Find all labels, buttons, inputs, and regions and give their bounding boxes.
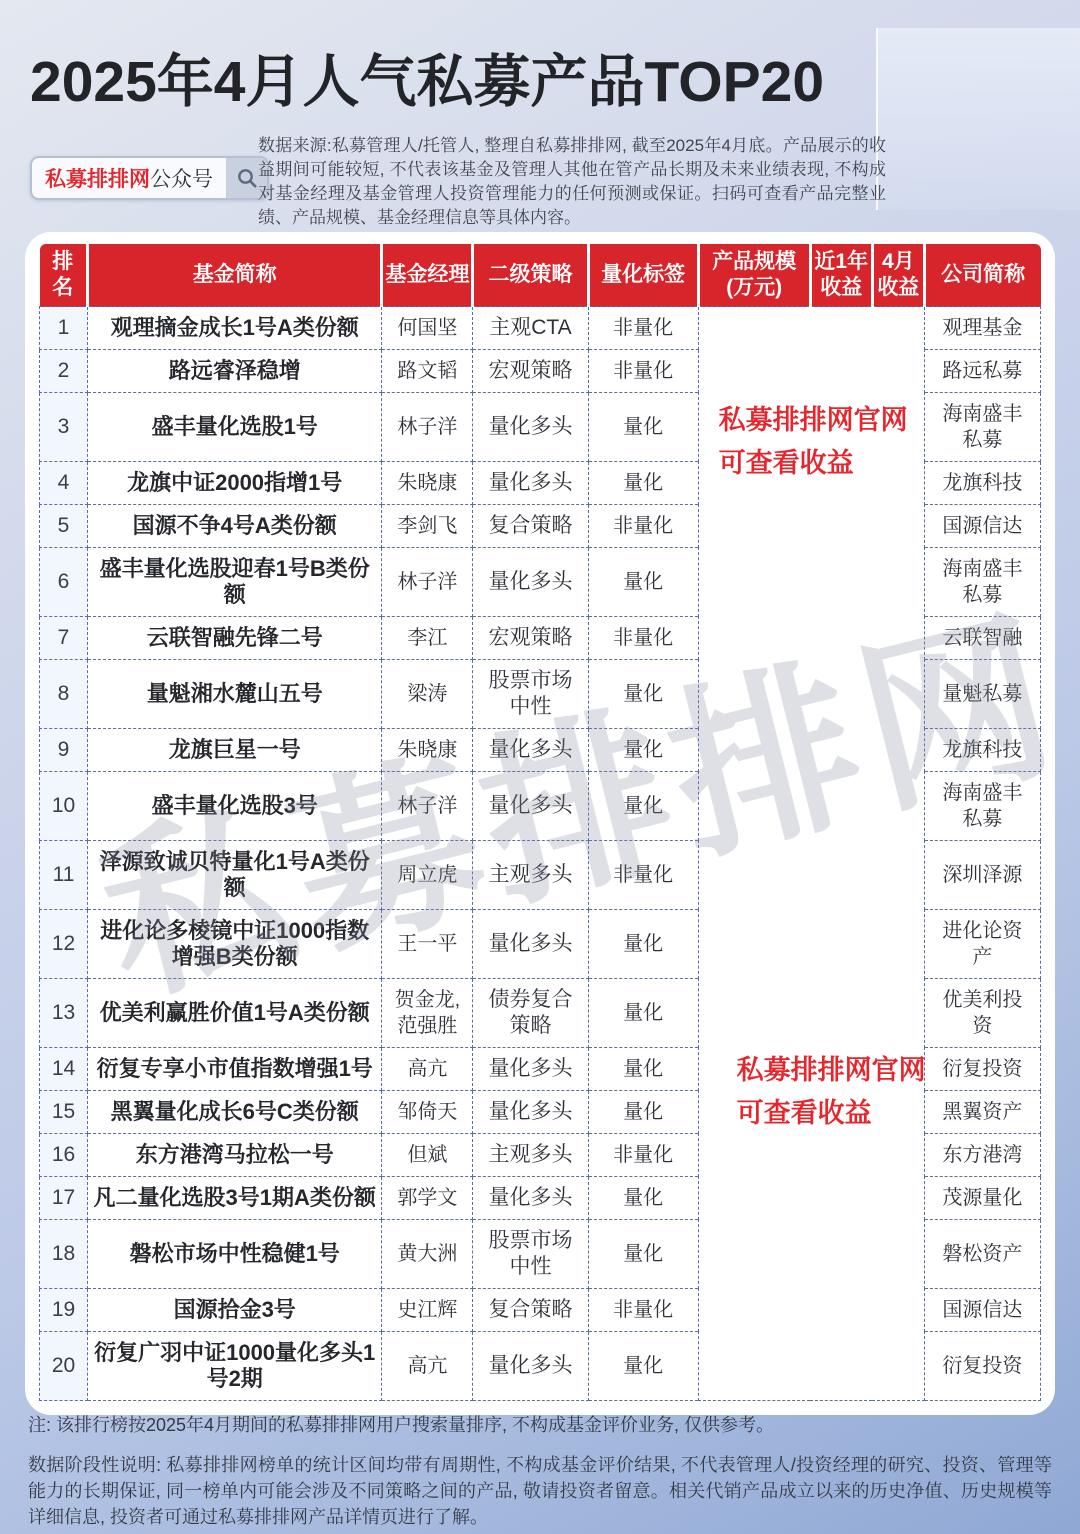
page-title: 2025年4月人气私募产品TOP20 bbox=[30, 36, 824, 118]
strategy-cell: 量化多头 bbox=[473, 548, 588, 617]
manager-cell: 周立虎 bbox=[382, 841, 473, 910]
strategy-cell: 股票市场中性 bbox=[473, 1220, 588, 1289]
quant-label-cell: 量化 bbox=[588, 1177, 698, 1220]
header-company: 公司简称 bbox=[924, 244, 1040, 307]
rank-cell: 11 bbox=[40, 841, 88, 910]
company-cell: 东方港湾 bbox=[924, 1134, 1040, 1177]
fund-name-cell: 云联智融先锋二号 bbox=[88, 617, 382, 660]
rank-cell: 1 bbox=[40, 307, 88, 350]
badge-brand-text: 私募排排网 bbox=[45, 163, 150, 193]
company-cell: 观理基金 bbox=[924, 307, 1040, 350]
strategy-cell: 量化多头 bbox=[473, 462, 588, 505]
manager-cell: 黄大洲 bbox=[382, 1220, 473, 1289]
company-cell: 茂源量化 bbox=[924, 1177, 1040, 1220]
strategy-cell: 主观多头 bbox=[473, 841, 588, 910]
rank-cell: 2 bbox=[40, 350, 88, 393]
manager-cell: 邹倚天 bbox=[382, 1091, 473, 1134]
strategy-cell: 量化多头 bbox=[473, 772, 588, 841]
company-cell: 优美利投资 bbox=[924, 979, 1040, 1048]
manager-cell: 朱晓康 bbox=[382, 462, 473, 505]
promo-line1: 私募排排网官网 bbox=[719, 399, 908, 442]
promo-line2: 可查看收益 bbox=[737, 1092, 926, 1135]
header-quant-label: 量化标签 bbox=[588, 244, 698, 307]
rank-cell: 13 bbox=[40, 979, 88, 1048]
header-strategy: 二级策略 bbox=[473, 244, 588, 307]
strategy-cell: 量化多头 bbox=[473, 1177, 588, 1220]
strategy-cell: 量化多头 bbox=[473, 393, 588, 462]
quant-label-cell: 量化 bbox=[588, 910, 698, 979]
header-fund-name: 基金简称 bbox=[88, 244, 382, 307]
fund-name-cell: 量魁湘水麓山五号 bbox=[88, 660, 382, 729]
manager-cell: 王一平 bbox=[382, 910, 473, 979]
manager-cell: 高亢 bbox=[382, 1048, 473, 1091]
header-scale: 产品规模 (万元) bbox=[698, 244, 810, 307]
manager-cell: 贺金龙,范强胜 bbox=[382, 979, 473, 1048]
fund-name-cell: 盛丰量化选股迎春1号B类份额 bbox=[88, 548, 382, 617]
company-cell: 海南盛丰私募 bbox=[924, 393, 1040, 462]
rank-cell: 6 bbox=[40, 548, 88, 617]
company-cell: 龙旗科技 bbox=[924, 462, 1040, 505]
company-cell: 衍复投资 bbox=[924, 1048, 1040, 1091]
manager-cell: 朱晓康 bbox=[382, 729, 473, 772]
strategy-cell: 宏观策略 bbox=[473, 350, 588, 393]
poster-page: { "page": { "title": "2025年4月人气私募产品TOP20… bbox=[0, 0, 1080, 1534]
promo-line2: 可查看收益 bbox=[719, 442, 908, 485]
manager-cell: 史江辉 bbox=[382, 1289, 473, 1332]
strategy-cell: 主观多头 bbox=[473, 1134, 588, 1177]
strategy-cell: 量化多头 bbox=[473, 1048, 588, 1091]
manager-cell: 但斌 bbox=[382, 1134, 473, 1177]
strategy-cell: 债券复合策略 bbox=[473, 979, 588, 1048]
rank-cell: 19 bbox=[40, 1289, 88, 1332]
quant-label-cell: 量化 bbox=[588, 1332, 698, 1401]
company-cell: 量魁私募 bbox=[924, 660, 1040, 729]
rank-cell: 14 bbox=[40, 1048, 88, 1091]
fund-name-cell: 龙旗中证2000指增1号 bbox=[88, 462, 382, 505]
company-cell: 国源信达 bbox=[924, 1289, 1040, 1332]
manager-cell: 林子洋 bbox=[382, 393, 473, 462]
header-1y-return: 近1年 收益 bbox=[810, 244, 872, 307]
manager-cell: 高亢 bbox=[382, 1332, 473, 1401]
table-row: 1观理摘金成长1号A类份额何国坚主观CTA非量化私募排排网官网可查看收益私募排排… bbox=[40, 307, 1041, 350]
header-rank: 排 名 bbox=[40, 244, 88, 307]
rank-cell: 3 bbox=[40, 393, 88, 462]
strategy-cell: 主观CTA bbox=[473, 307, 588, 350]
fund-name-cell: 衍复专享小市值指数增强1号 bbox=[88, 1048, 382, 1091]
ranking-table: 排 名基金简称基金经理二级策略量化标签产品规模 (万元)近1年 收益4月 收益公… bbox=[39, 244, 1041, 1401]
fund-name-cell: 国源拾金3号 bbox=[88, 1289, 382, 1332]
promo-line1: 私募排排网官网 bbox=[737, 1049, 926, 1092]
rank-cell: 17 bbox=[40, 1177, 88, 1220]
fund-name-cell: 磐松市场中性稳健1号 bbox=[88, 1220, 382, 1289]
intro-row: 私募排排网公众号 数据来源:私募管理人/托管人, 整理自私募排排网, 截至202… bbox=[0, 128, 1080, 224]
company-cell: 国源信达 bbox=[924, 505, 1040, 548]
rank-cell: 7 bbox=[40, 617, 88, 660]
rank-cell: 9 bbox=[40, 729, 88, 772]
quant-label-cell: 量化 bbox=[588, 1091, 698, 1134]
scale-returns-merged-cell: 私募排排网官网可查看收益私募排排网官网可查看收益 bbox=[698, 307, 924, 1401]
quant-label-cell: 量化 bbox=[588, 462, 698, 505]
rank-cell: 15 bbox=[40, 1091, 88, 1134]
strategy-cell: 复合策略 bbox=[473, 1289, 588, 1332]
note-ranking-basis: 注: 该排行榜按2025年4月期间的私募排排网用户搜索量排序, 不构成基金评价业… bbox=[28, 1412, 1052, 1438]
fund-name-cell: 进化论多棱镜中证1000指数增强B类份额 bbox=[88, 910, 382, 979]
header-apr-return: 4月 收益 bbox=[872, 244, 924, 307]
quant-label-cell: 量化 bbox=[588, 548, 698, 617]
manager-cell: 路文韬 bbox=[382, 350, 473, 393]
rank-cell: 20 bbox=[40, 1332, 88, 1401]
manager-cell: 林子洋 bbox=[382, 772, 473, 841]
quant-label-cell: 量化 bbox=[588, 729, 698, 772]
table-header-row: 排 名基金简称基金经理二级策略量化标签产品规模 (万元)近1年 收益4月 收益公… bbox=[40, 244, 1041, 307]
strategy-cell: 量化多头 bbox=[473, 910, 588, 979]
fund-name-cell: 盛丰量化选股1号 bbox=[88, 393, 382, 462]
fund-name-cell: 路远睿泽稳增 bbox=[88, 350, 382, 393]
company-cell: 进化论资产 bbox=[924, 910, 1040, 979]
fund-name-cell: 国源不争4号A类份额 bbox=[88, 505, 382, 548]
strategy-cell: 量化多头 bbox=[473, 729, 588, 772]
badge-suffix-text: 公众号 bbox=[150, 163, 213, 193]
wechat-account-search-badge[interactable]: 私募排排网公众号 bbox=[30, 156, 269, 200]
rank-cell: 5 bbox=[40, 505, 88, 548]
company-cell: 黑翼资产 bbox=[924, 1091, 1040, 1134]
company-cell: 磐松资产 bbox=[924, 1220, 1040, 1289]
strategy-cell: 量化多头 bbox=[473, 1091, 588, 1134]
quant-label-cell: 量化 bbox=[588, 393, 698, 462]
company-cell: 海南盛丰私募 bbox=[924, 772, 1040, 841]
quant-label-cell: 量化 bbox=[588, 772, 698, 841]
note-data-period: 数据阶段性说明: 私募排排网榜单的统计区间均带有周期性, 不构成基金评价结果, … bbox=[28, 1452, 1052, 1530]
strategy-cell: 复合策略 bbox=[473, 505, 588, 548]
strategy-cell: 宏观策略 bbox=[473, 617, 588, 660]
fund-name-cell: 东方港湾马拉松一号 bbox=[88, 1134, 382, 1177]
manager-cell: 郭学文 bbox=[382, 1177, 473, 1220]
fund-name-cell: 衍复广羽中证1000量化多头1号2期 bbox=[88, 1332, 382, 1401]
quant-label-cell: 非量化 bbox=[588, 1134, 698, 1177]
promo-overlay-bottom: 私募排排网官网可查看收益 bbox=[737, 1049, 926, 1135]
strategy-cell: 股票市场中性 bbox=[473, 660, 588, 729]
quant-label-cell: 非量化 bbox=[588, 617, 698, 660]
company-cell: 海南盛丰私募 bbox=[924, 548, 1040, 617]
manager-cell: 李剑飞 bbox=[382, 505, 473, 548]
disclaimer-text: 数据来源:私募管理人/托管人, 整理自私募排排网, 截至2025年4月底。产品展… bbox=[258, 134, 886, 230]
rank-cell: 18 bbox=[40, 1220, 88, 1289]
company-cell: 龙旗科技 bbox=[924, 729, 1040, 772]
quant-label-cell: 非量化 bbox=[588, 1289, 698, 1332]
rank-cell: 16 bbox=[40, 1134, 88, 1177]
fund-name-cell: 凡二量化选股3号1期A类份额 bbox=[88, 1177, 382, 1220]
fund-name-cell: 观理摘金成长1号A类份额 bbox=[88, 307, 382, 350]
quant-label-cell: 非量化 bbox=[588, 350, 698, 393]
strategy-cell: 量化多头 bbox=[473, 1332, 588, 1401]
badge-label: 私募排排网公众号 bbox=[32, 158, 226, 198]
fund-name-cell: 龙旗巨星一号 bbox=[88, 729, 382, 772]
company-cell: 云联智融 bbox=[924, 617, 1040, 660]
header-manager: 基金经理 bbox=[382, 244, 473, 307]
company-cell: 路远私募 bbox=[924, 350, 1040, 393]
fund-name-cell: 泽源致诚贝特量化1号A类份额 bbox=[88, 841, 382, 910]
quant-label-cell: 非量化 bbox=[588, 307, 698, 350]
quant-label-cell: 量化 bbox=[588, 1048, 698, 1091]
quant-label-cell: 非量化 bbox=[588, 505, 698, 548]
rank-cell: 10 bbox=[40, 772, 88, 841]
company-cell: 深圳泽源 bbox=[924, 841, 1040, 910]
ranking-table-card: 排 名基金简称基金经理二级策略量化标签产品规模 (万元)近1年 收益4月 收益公… bbox=[25, 232, 1055, 1415]
fund-name-cell: 盛丰量化选股3号 bbox=[88, 772, 382, 841]
rank-cell: 12 bbox=[40, 910, 88, 979]
quant-label-cell: 量化 bbox=[588, 979, 698, 1048]
company-cell: 衍复投资 bbox=[924, 1332, 1040, 1401]
manager-cell: 何国坚 bbox=[382, 307, 473, 350]
rank-cell: 8 bbox=[40, 660, 88, 729]
manager-cell: 梁涛 bbox=[382, 660, 473, 729]
promo-overlay-top: 私募排排网官网可查看收益 bbox=[719, 399, 908, 485]
fund-name-cell: 黑翼量化成长6号C类份额 bbox=[88, 1091, 382, 1134]
fund-name-cell: 优美利赢胜价值1号A类份额 bbox=[88, 979, 382, 1048]
manager-cell: 李江 bbox=[382, 617, 473, 660]
quant-label-cell: 量化 bbox=[588, 660, 698, 729]
manager-cell: 林子洋 bbox=[382, 548, 473, 617]
quant-label-cell: 量化 bbox=[588, 1220, 698, 1289]
rank-cell: 4 bbox=[40, 462, 88, 505]
quant-label-cell: 非量化 bbox=[588, 841, 698, 910]
